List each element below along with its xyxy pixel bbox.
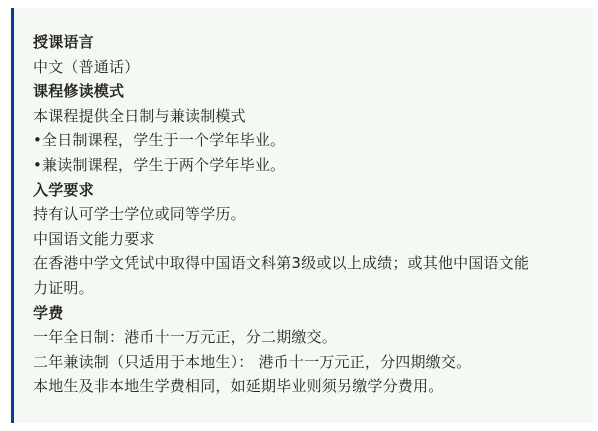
chinese-proficiency-subheading: 中国语文能力要求: [33, 227, 593, 252]
section-heading-admission: 入学要求: [33, 178, 593, 203]
section-heading-tuition: 学费: [33, 301, 593, 326]
study-mode-full-time: •全日制课程，学生于一个学年毕业。: [33, 128, 593, 153]
section-admission-requirements: 入学要求 持有认可学士学位或同等学历。 中国语文能力要求 在香港中学文凭试中取得…: [33, 178, 593, 301]
teaching-language-value: 中文（普通话）: [33, 55, 593, 80]
tuition-full-time: 一年全日制：港币十一万元正，分二期缴交。: [33, 325, 593, 350]
course-info-box: 授课语言 中文（普通话） 课程修读模式 本课程提供全日制与兼读制模式 •全日制课…: [11, 8, 593, 423]
section-study-mode: 课程修读模式 本课程提供全日制与兼读制模式 •全日制课程，学生于一个学年毕业。 …: [33, 79, 593, 177]
admission-degree-requirement: 持有认可学士学位或同等学历。: [33, 202, 593, 227]
section-heading-teaching-language: 授课语言: [33, 30, 593, 55]
study-mode-part-time: •兼读制课程，学生于两个学年毕业。: [33, 153, 593, 178]
study-mode-intro: 本课程提供全日制与兼读制模式: [33, 104, 593, 129]
tuition-note: 本地生及非本地生学费相同，如延期毕业则须另缴学分费用。: [33, 374, 593, 399]
section-teaching-language: 授课语言 中文（普通话）: [33, 30, 593, 79]
chinese-proficiency-detail-line1: 在香港中学文凭试中取得中国语文科第3级或以上成绩；或其他中国语文能: [33, 251, 593, 276]
chinese-proficiency-detail-line2: 力证明。: [33, 276, 593, 301]
section-heading-study-mode: 课程修读模式: [33, 79, 593, 104]
tuition-part-time: 二年兼读制（只适用于本地生）： 港币十一万元正，分四期缴交。: [33, 350, 593, 375]
section-tuition-fees: 学费 一年全日制：港币十一万元正，分二期缴交。 二年兼读制（只适用于本地生）： …: [33, 301, 593, 399]
